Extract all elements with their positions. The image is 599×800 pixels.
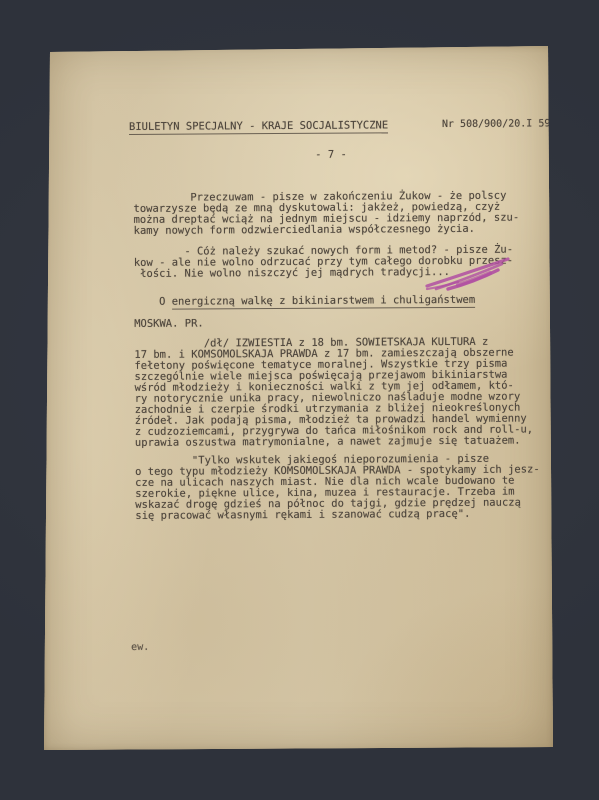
- page-number: - 7 -: [315, 150, 347, 161]
- paragraph-komsomolskaja-quote: "Tylko wskutek jakiegoś nieporozumienia …: [135, 453, 540, 521]
- document-page: BIULETYN SPECJALNY - KRAJE SOCJALISTYCZN…: [0, 0, 599, 800]
- section-heading-underlined: energiczną walkę z bikiniarstwem i chuli…: [172, 294, 476, 310]
- bulletin-issue-number: Nr 508/900/20.I 59: [442, 118, 550, 130]
- section-heading-prefix: O: [159, 296, 172, 308]
- paragraph-zukow-quote: - Cóż należy szukać nowych form i metod?…: [134, 245, 513, 280]
- paragraph-press-review: /dł/ IZWIESTIA z 18 bm. SOWIETSKAJA KULT…: [134, 336, 533, 448]
- typewritten-text-layer: BIULETYN SPECJALNY - KRAJE SOCJALISTYCZN…: [0, 0, 599, 800]
- paragraph-zukow-conclusion: Przeczuwam - pisze w zakończeniu Żukow -…: [133, 191, 519, 237]
- translator-initials: ew.: [131, 642, 149, 653]
- scan-backdrop: BIULETYN SPECJALNY - KRAJE SOCJALISTYCZN…: [0, 0, 599, 800]
- bulletin-header-title: BIULETYN SPECJALNY - KRAJE SOCJALISTYCZN…: [129, 119, 388, 135]
- dateline: MOSKWA. PR.: [134, 318, 204, 329]
- bulletin-header: BIULETYN SPECJALNY - KRAJE SOCJALISTYCZN…: [129, 120, 388, 133]
- section-heading: O energiczną walkę z bikiniarstwem i chu…: [159, 295, 475, 308]
